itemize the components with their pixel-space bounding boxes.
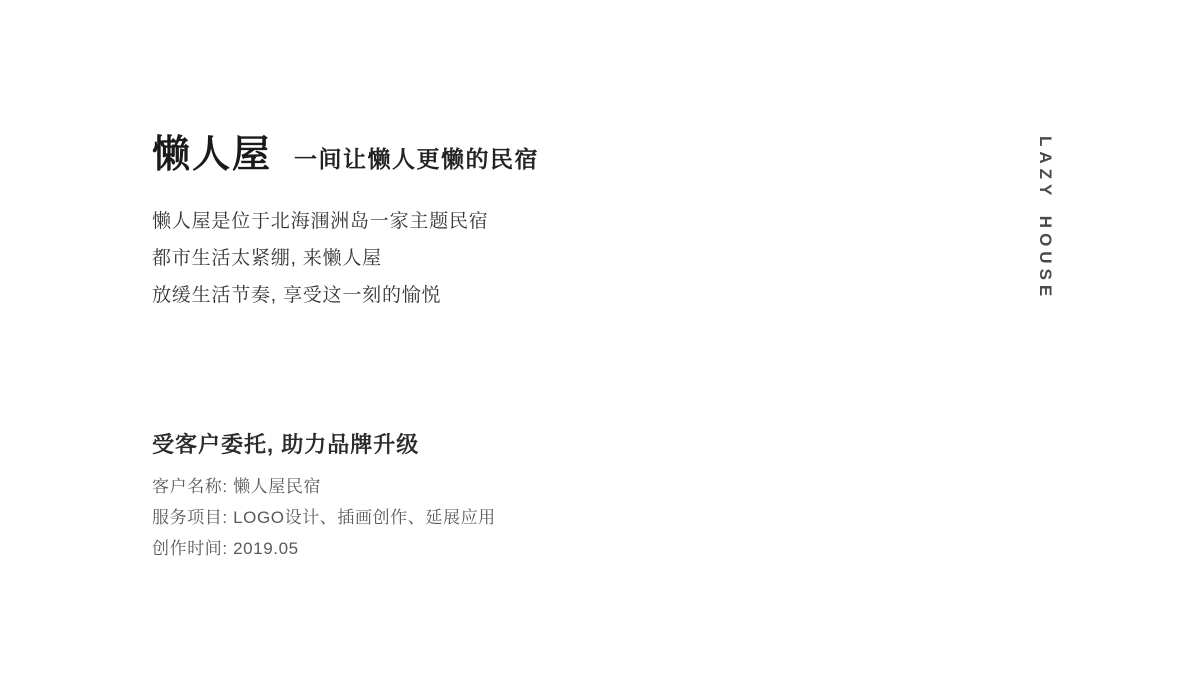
brief-item-services: 服务项目: LOGO设计、插画创作、延展应用 xyxy=(152,502,496,533)
brief-details: 客户名称: 懒人屋民宿 服务项目: LOGO设计、插画创作、延展应用 创作时间:… xyxy=(152,471,496,564)
brief-item-value: 懒人屋民宿 xyxy=(233,477,321,496)
header: 懒人屋 一间让懒人更懒的民宿 xyxy=(152,136,539,176)
brief-item-value: LOGO设计、插画创作、延展应用 xyxy=(233,508,496,527)
intro-line: 都市生活太紧绷, 来懒人屋 xyxy=(152,240,489,277)
brief-heading: 受客户委托, 助力品牌升级 xyxy=(152,428,419,459)
brief-item-date: 创作时间: 2019.05 xyxy=(152,533,496,564)
page-subtitle: 一间让懒人更懒的民宿 xyxy=(294,141,539,174)
brief-item-label: 客户名称 xyxy=(152,477,222,496)
brief-item-separator: : xyxy=(222,539,233,558)
brief-item-separator: : xyxy=(222,477,233,496)
brief-item-client: 客户名称: 懒人屋民宿 xyxy=(152,471,496,502)
brief-item-value: 2019.05 xyxy=(233,539,299,558)
intro-paragraph: 懒人屋是位于北海涠洲岛一家主题民宿 都市生活太紧绷, 来懒人屋 放缓生活节奏, … xyxy=(152,203,489,314)
vertical-brand-text: LAZY HOUSE xyxy=(1035,136,1055,301)
brief-item-separator: : xyxy=(222,508,233,527)
brief-item-label: 服务项目 xyxy=(152,508,222,527)
brief-item-label: 创作时间 xyxy=(152,539,222,558)
page-title: 懒人屋 xyxy=(152,136,272,176)
intro-line: 懒人屋是位于北海涠洲岛一家主题民宿 xyxy=(152,203,489,240)
intro-line: 放缓生活节奏, 享受这一刻的愉悦 xyxy=(152,277,489,314)
